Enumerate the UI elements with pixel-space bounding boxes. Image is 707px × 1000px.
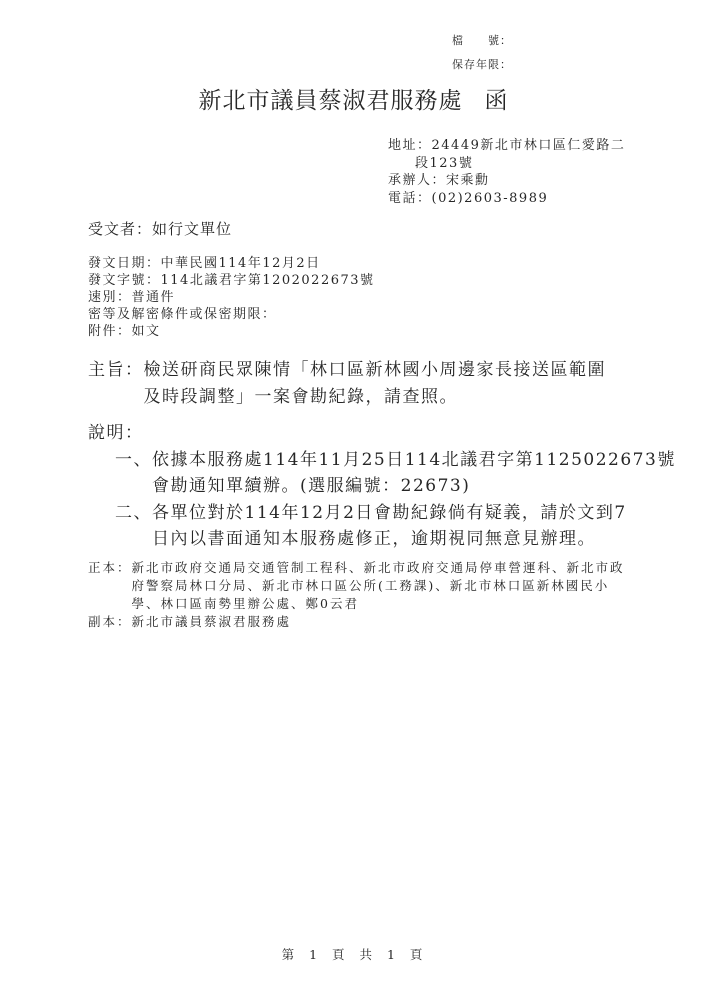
item-1-number: 一、 [115,447,152,474]
carbon-copy-label: 副本： [88,613,132,631]
subject-text: 檢送研商民眾陳情「林口區新林國小周邊家長接送區範圍 及時段調整」一案會勘紀錄，請… [144,357,607,410]
original-recipients-list: 新北市政府交通局交通管制工程科、新北市政府交通局停車營運科、新北市政 府警察局林… [132,559,625,613]
description-item-1: 一、 依據本服務處114年11月25日114北議君字第1125022673號 會… [115,447,676,500]
issue-date: 發文日期：中華民國114年12月2日 [88,255,375,272]
priority-level: 速別：普通件 [88,289,375,306]
description-label: 說明： [88,420,676,447]
original-copy-label: 正本： [88,559,132,577]
retention-period-label: 保存年限： [452,58,512,72]
original-recipients-row: 正本： 新北市政府交通局交通管制工程科、新北市政府交通局停車營運科、新北市政 府… [88,559,625,613]
contact-person: 承辦人：宋乘勳 [388,172,625,190]
document-meta-block: 發文日期：中華民國114年12月2日 發文字號：114北議君字第12020226… [88,255,375,340]
page-number-footer: 第 1 頁 共 1 頁 [0,945,707,963]
attachment-note: 附件：如文 [88,323,375,340]
contact-phone: 電話：(02)2603-8989 [388,190,625,208]
official-letter-page: 檔 號： 保存年限： 新北市議員蔡淑君服務處函 地址：24449新北市林口區仁愛… [0,0,707,1000]
description-item-2: 二、 各單位對於114年12月2日會勘紀錄倘有疑義，請於文到7 日內以書面通知本… [115,500,676,553]
item-2-number: 二、 [115,500,152,527]
description-items: 一、 依據本服務處114年11月25日114北議君字第1125022673號 會… [115,447,676,553]
item-1-text: 依據本服務處114年11月25日114北議君字第1125022673號 會勘通知… [152,447,676,500]
subject-block: 主旨： 檢送研商民眾陳情「林口區新林國小周邊家長接送區範圍 及時段調整」一案會勘… [88,357,606,410]
issuing-office-name: 新北市議員蔡淑君服務處 [199,88,463,114]
security-classification: 密等及解密條件或保密期限： [88,306,375,323]
carbon-copy-row: 副本： 新北市議員蔡淑君服務處 [88,613,625,631]
document-type-label: 函 [485,88,509,114]
item-2-text: 各單位對於114年12月2日會勘紀錄倘有疑義，請於文到7 日內以書面通知本服務處… [152,500,627,553]
document-title: 新北市議員蔡淑君服務處函 [0,82,707,115]
description-block: 說明： 一、 依據本服務處114年11月25日114北議君字第112502267… [88,420,676,553]
carbon-copy-recipient: 新北市議員蔡淑君服務處 [132,613,292,631]
file-info-block: 檔 號： 保存年限： [452,34,512,72]
sender-address-line2: 段123號 [388,155,625,173]
document-number: 發文字號：114北議君字第1202022673號 [88,272,375,289]
distribution-block: 正本： 新北市政府交通局交通管制工程科、新北市政府交通局停車營運科、新北市政 府… [88,559,625,631]
recipient-line: 受文者：如行文單位 [88,220,232,238]
sender-info-block: 地址：24449新北市林口區仁愛路二 段123號 承辦人：宋乘勳 電話：(02)… [388,137,625,207]
subject-label: 主旨： [88,357,144,384]
sender-address-line1: 地址：24449新北市林口區仁愛路二 [388,137,625,155]
file-number-label: 檔 號： [452,34,512,48]
